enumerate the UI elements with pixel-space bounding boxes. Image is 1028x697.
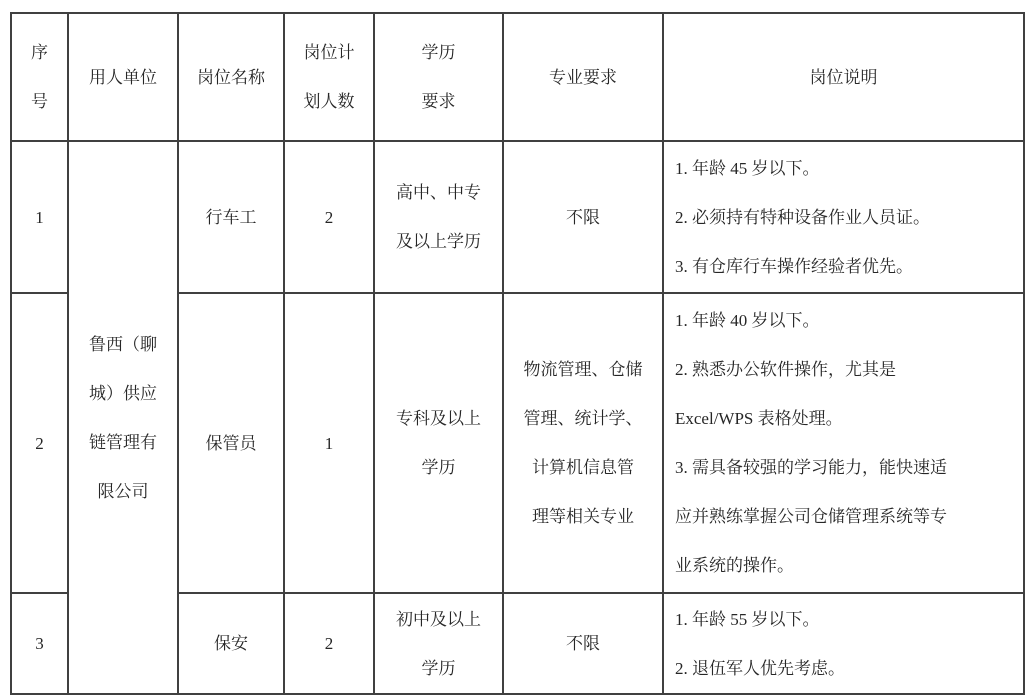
header-major: 专业要求 [503, 13, 663, 141]
cell-major: 不限 [503, 141, 663, 293]
cell-major: 不限 [503, 593, 663, 694]
cell-description: 1. 年龄 45 岁以下。 2. 必须持有特种设备作业人员证。 3. 有仓库行车… [663, 141, 1024, 293]
cell-position: 保安 [178, 593, 284, 694]
cell-no: 2 [11, 293, 68, 593]
cell-employer-merged: 鲁西（聊 城）供应 链管理有 限公司 [68, 141, 178, 694]
cell-no: 1 [11, 141, 68, 293]
cell-education: 专科及以上 学历 [374, 293, 503, 593]
header-row: 序 号 用人单位 岗位名称 岗位计 划人数 学历 要求 专业要求 岗位说明 [11, 13, 1024, 141]
cell-no: 3 [11, 593, 68, 694]
cell-headcount: 1 [284, 293, 374, 593]
cell-description: 1. 年龄 55 岁以下。 2. 退伍军人优先考虑。 [663, 593, 1024, 694]
header-position: 岗位名称 [178, 13, 284, 141]
header-no: 序 号 [11, 13, 68, 141]
cell-education: 高中、中专 及以上学历 [374, 141, 503, 293]
document-page: 序 号 用人单位 岗位名称 岗位计 划人数 学历 要求 专业要求 岗位说明 1 … [0, 0, 1028, 697]
recruitment-table: 序 号 用人单位 岗位名称 岗位计 划人数 学历 要求 专业要求 岗位说明 1 … [10, 12, 1025, 695]
cell-major: 物流管理、仓储 管理、统计学、 计算机信息管 理等相关专业 [503, 293, 663, 593]
cell-headcount: 2 [284, 141, 374, 293]
cell-position: 保管员 [178, 293, 284, 593]
header-education: 学历 要求 [374, 13, 503, 141]
header-employer: 用人单位 [68, 13, 178, 141]
cell-description: 1. 年龄 40 岁以下。 2. 熟悉办公软件操作，尤其是 Excel/WPS … [663, 293, 1024, 593]
header-headcount: 岗位计 划人数 [284, 13, 374, 141]
header-description: 岗位说明 [663, 13, 1024, 141]
cell-education: 初中及以上 学历 [374, 593, 503, 694]
table-row: 1 鲁西（聊 城）供应 链管理有 限公司 行车工 2 高中、中专 及以上学历 不… [11, 141, 1024, 293]
cell-headcount: 2 [284, 593, 374, 694]
cell-position: 行车工 [178, 141, 284, 293]
